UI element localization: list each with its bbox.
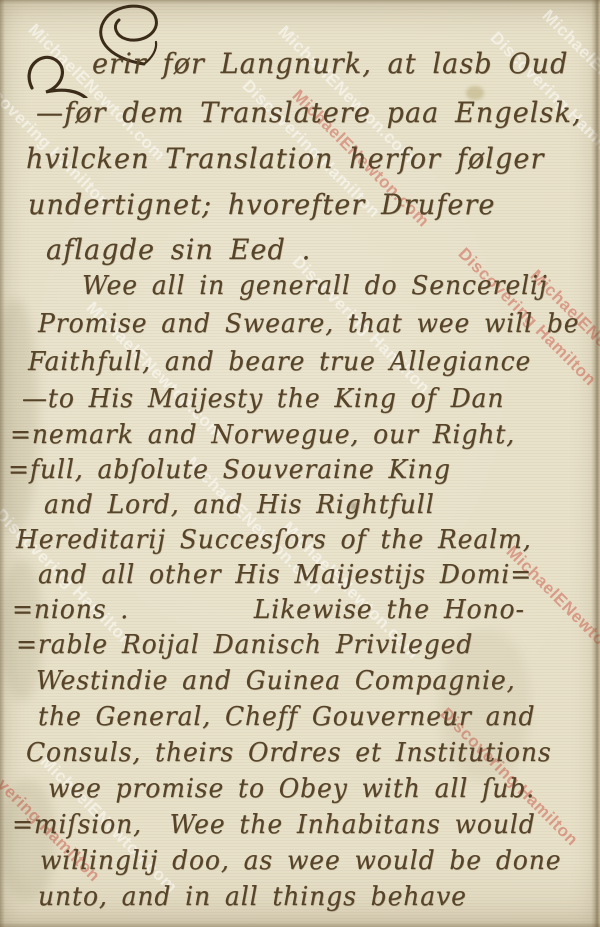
page-edge-top <box>0 0 600 4</box>
manuscript-line: hvilcken Translation herfor følger <box>26 143 545 175</box>
manuscript-line: erir før Langnurk, at lasb Oud <box>92 48 568 80</box>
manuscript-line: Wee all in generall do Sencerelij <box>82 270 548 300</box>
manuscript-line: willinglij doo, as wee would be done <box>40 845 561 875</box>
manuscript-line: the General, Cheff Gouverneur and <box>38 701 535 731</box>
bleed-through-smudge <box>0 300 38 530</box>
manuscript-line: =miſsion, Wee the Inhabitans would <box>12 809 536 839</box>
manuscript-line: =rable Roijal Danisch Privileged <box>16 629 473 659</box>
manuscript-line: =nions . Likewise the Hono- <box>12 594 525 624</box>
manuscript-line: =nemark and Norwegue, our Right, <box>10 419 515 449</box>
manuscript-line: Westindie and Guinea Compagnie, <box>36 665 515 695</box>
page-edge-left <box>0 0 5 927</box>
manuscript-line: —to His Maijesty the King of Dan <box>22 383 504 413</box>
manuscript-line: wee promise to Obey with all ſub. <box>48 773 535 803</box>
manuscript-line: =full, abſolute Souveraine King <box>8 454 451 484</box>
manuscript-line: —før dem Translatere paa Engelsk, <box>36 97 582 129</box>
manuscript-line: Promise and Sweare, that wee will be <box>38 308 579 338</box>
manuscript-line: Hereditarij Succesſors of the Realm, <box>16 524 532 554</box>
manuscript-line: and all other His Maijestijs Domi= <box>38 559 532 589</box>
manuscript-line: Consuls, theirs Ordres et Institutions <box>26 737 552 767</box>
page-edge-bottom <box>0 922 600 927</box>
manuscript-line: unto, and in all things behave <box>38 881 467 911</box>
manuscript-page: MichaelENewton.com Discovering Hamilton … <box>0 0 600 927</box>
manuscript-line: and Lord, and His Rightfull <box>44 489 435 519</box>
manuscript-line: aflagde sin Eed . <box>46 234 311 266</box>
manuscript-line: undertignet; hvorefter Drufere <box>28 189 496 221</box>
leadin-swash-icon <box>22 48 92 98</box>
page-edge-right <box>591 0 600 927</box>
manuscript-line: Faithfull, and beare true Allegiance <box>28 346 531 376</box>
